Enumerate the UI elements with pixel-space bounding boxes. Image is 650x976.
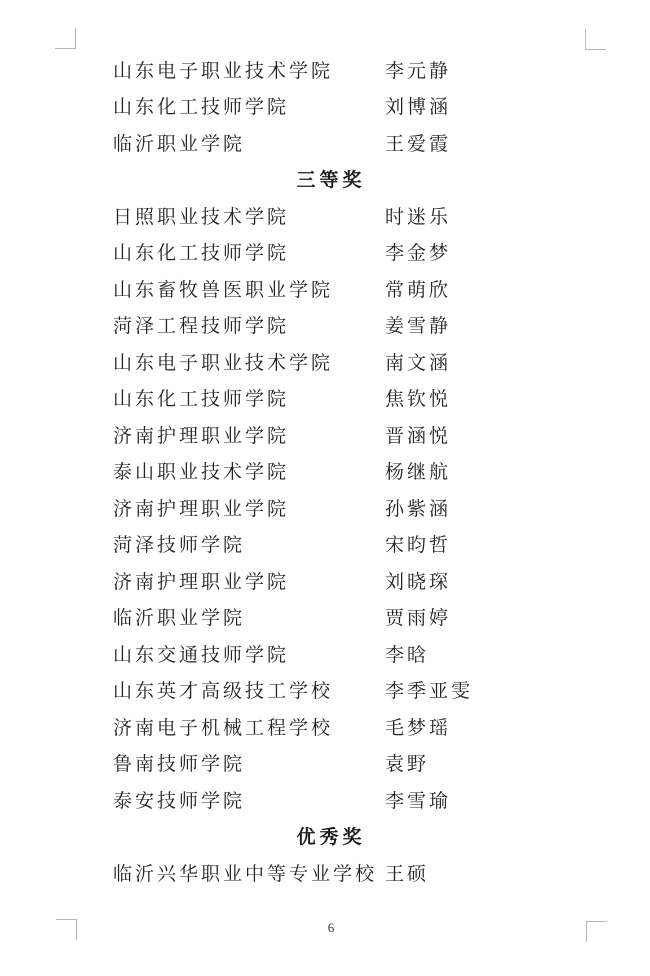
awardee-name: 刘博涵 <box>385 92 451 119</box>
awardee-name: 贾雨婷 <box>385 603 451 630</box>
school-name: 鲁南技师学院 <box>113 749 245 776</box>
awardee-name: 孙紫涵 <box>385 494 451 521</box>
school-name: 山东电子职业技术学院 <box>113 56 333 83</box>
awardee-name: 宋昀哲 <box>385 530 451 557</box>
awardee-name: 李元静 <box>385 56 451 83</box>
crop-mark-top-right <box>585 29 606 50</box>
school-name: 济南护理职业学院 <box>113 494 289 521</box>
school-name: 泰安技师学院 <box>113 786 245 813</box>
awardee-name: 王硕 <box>385 859 429 886</box>
awardee-name: 毛梦瑶 <box>385 713 451 740</box>
school-name: 菏泽工程技师学院 <box>113 311 289 338</box>
document-page: 山东电子职业技术学院李元静山东化工技师学院刘博涵临沂职业学院王爱霞三等奖日照职业… <box>0 0 650 976</box>
school-name: 济南电子机械工程学校 <box>113 713 333 740</box>
school-name: 济南护理职业学院 <box>113 421 289 448</box>
school-name: 临沂职业学院 <box>113 603 245 630</box>
school-name: 临沂兴华职业中等专业学校 <box>113 859 377 886</box>
awardee-name: 晋涵悦 <box>385 421 451 448</box>
school-name: 山东英才高级技工学校 <box>113 676 333 703</box>
award-row: 山东化工技师学院焦钦悦 <box>77 380 585 417</box>
school-name: 山东交通技师学院 <box>113 640 289 667</box>
page-number: 6 <box>328 920 335 935</box>
award-row: 济南电子机械工程学校毛梦瑶 <box>77 708 585 745</box>
awardee-name: 王爱霞 <box>385 129 451 156</box>
awardee-name: 时迷乐 <box>385 202 451 229</box>
award-row: 日照职业技术学院时迷乐 <box>77 197 585 234</box>
crop-mark-top-left <box>55 28 76 49</box>
award-row: 济南护理职业学院晋涵悦 <box>77 416 585 453</box>
award-row: 泰安技师学院李雪瑜 <box>77 781 585 818</box>
awardee-name: 刘晓琛 <box>385 567 451 594</box>
award-row: 菏泽工程技师学院姜雪静 <box>77 307 585 344</box>
section-header: 三等奖 <box>77 161 585 198</box>
page-footer: 6 <box>77 920 585 936</box>
awardee-name: 李季亚雯 <box>385 676 473 703</box>
award-row: 山东电子职业技术学院南文涵 <box>77 343 585 380</box>
crop-mark-bottom-right <box>586 921 607 942</box>
award-row: 济南护理职业学院孙紫涵 <box>77 489 585 526</box>
award-row: 山东英才高级技工学校李季亚雯 <box>77 672 585 709</box>
school-name: 泰山职业技术学院 <box>113 457 289 484</box>
award-row: 山东交通技师学院李晗 <box>77 635 585 672</box>
award-row: 山东电子职业技术学院李元静 <box>77 51 585 88</box>
school-name: 山东电子职业技术学院 <box>113 348 333 375</box>
crop-mark-bottom-left <box>56 919 77 940</box>
school-name: 山东畜牧兽医职业学院 <box>113 275 333 302</box>
awardee-name: 常萌欣 <box>385 275 451 302</box>
award-row: 济南护理职业学院刘晓琛 <box>77 562 585 599</box>
awardee-name: 南文涵 <box>385 348 451 375</box>
school-name: 山东化工技师学院 <box>113 238 289 265</box>
school-name: 山东化工技师学院 <box>113 384 289 411</box>
award-row: 临沂兴华职业中等专业学校王硕 <box>77 854 585 891</box>
awardee-name: 姜雪静 <box>385 311 451 338</box>
awardee-name: 杨继航 <box>385 457 451 484</box>
school-name: 日照职业技术学院 <box>113 202 289 229</box>
award-row: 临沂职业学院贾雨婷 <box>77 599 585 636</box>
award-row: 山东畜牧兽医职业学院常萌欣 <box>77 270 585 307</box>
school-name: 济南护理职业学院 <box>113 567 289 594</box>
school-name: 山东化工技师学院 <box>113 92 289 119</box>
awardee-name: 李金梦 <box>385 238 451 265</box>
awardee-name: 李晗 <box>385 640 429 667</box>
school-name: 菏泽技师学院 <box>113 530 245 557</box>
award-row: 临沂职业学院王爱霞 <box>77 124 585 161</box>
award-row: 山东化工技师学院李金梦 <box>77 234 585 271</box>
awardee-name: 焦钦悦 <box>385 384 451 411</box>
award-row: 菏泽技师学院宋昀哲 <box>77 526 585 563</box>
award-row: 鲁南技师学院袁野 <box>77 745 585 782</box>
awardee-name: 袁野 <box>385 749 429 776</box>
school-name: 临沂职业学院 <box>113 129 245 156</box>
award-row: 泰山职业技术学院杨继航 <box>77 453 585 490</box>
awardee-name: 李雪瑜 <box>385 786 451 813</box>
section-header: 优秀奖 <box>77 818 585 855</box>
award-row: 山东化工技师学院刘博涵 <box>77 88 585 125</box>
award-list: 山东电子职业技术学院李元静山东化工技师学院刘博涵临沂职业学院王爱霞三等奖日照职业… <box>77 51 585 891</box>
